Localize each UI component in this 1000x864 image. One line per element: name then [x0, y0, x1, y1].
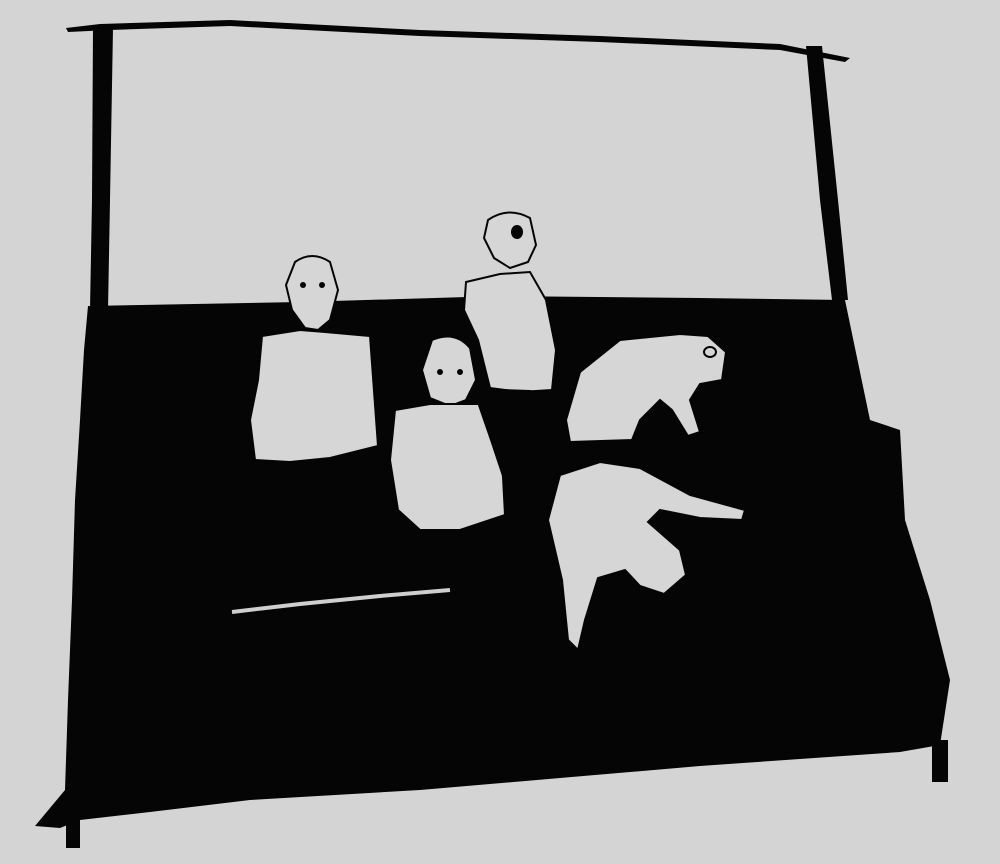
- frame-bottom-left-leg: [66, 790, 80, 848]
- ink-print-artwork: [0, 0, 1000, 864]
- frame-bottom-right-leg: [932, 740, 948, 782]
- frame-bottom-mid-notch-2: [275, 782, 285, 794]
- frame-bottom-mid-notch: [178, 790, 188, 806]
